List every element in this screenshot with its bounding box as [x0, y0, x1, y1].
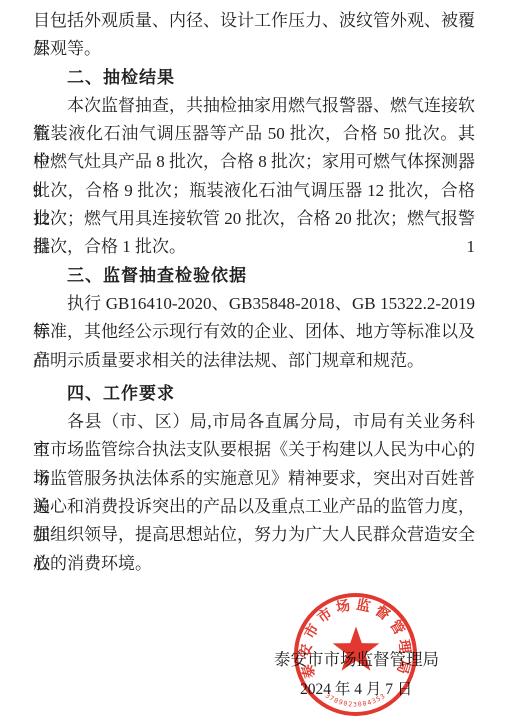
- heading-4: 四、工作要求: [33, 380, 475, 408]
- line-4: 本次监督抽查，共抽检抽家用燃气报警器、燃气连接软管、: [33, 92, 475, 120]
- line-6: 检燃气灶具产品 8 批次，合格 8 批次；家用可燃气体探测器 9: [33, 148, 475, 176]
- line-11: 执行 GB16410-2020、GB35848-2018、GB 15322.2-…: [33, 290, 475, 318]
- signature-date: 2024 年 4 月 7 日: [0, 677, 508, 699]
- line-13: 品明示质量要求相关的法律法规、部门规章和规范。: [33, 347, 475, 375]
- line-19: 强组织领导，提高思想站位，努力为广大人民群众营造安全放: [33, 521, 475, 549]
- heading-2: 二、抽检结果: [33, 64, 475, 92]
- line-7: 批次，合格 9 批次；瓶装液化石油气调压器 12 批次，合格 12: [33, 177, 475, 205]
- document-lines: 目包括外观质量、内径、设计工作压力、波纹管外观、被覆层外观等。二、抽检结果本次监…: [33, 7, 475, 578]
- heading-3: 三、监督抽查检验依据: [33, 262, 475, 290]
- line-8: 批次；燃气用具连接软管 20 批次，合格 20 批次；燃气报警器 1: [33, 205, 475, 233]
- document-page: 目包括外观质量、内径、设计工作压力、波纹管外观、被覆层外观等。二、抽检结果本次监…: [0, 0, 508, 719]
- official-seal: 泰安市市场监督管理局 3709023004353: [292, 591, 419, 718]
- line-15: 各县（市、区）局,市局各直属分局，市局有关业务科室，: [33, 408, 475, 436]
- line-18: 关心和消费投诉突出的产品以及重点工业产品的监管力度，加: [33, 493, 475, 521]
- star-icon: [333, 627, 380, 671]
- line-2: 外观等。: [33, 35, 475, 63]
- seal-number-text: 3709023004353: [324, 692, 388, 709]
- signature-agency: 泰安市市场监督管理局: [0, 646, 508, 670]
- line-17: 场监管服务执法体系的实施意见》精神要求，突出对百姓普遍: [33, 465, 475, 493]
- line-20: 心的消费环境。: [33, 550, 475, 578]
- line-1: 目包括外观质量、内径、设计工作压力、波纹管外观、被覆层: [33, 7, 475, 35]
- line-12: 标准，其他经公示现行有效的企业、团体、地方等标准以及产: [33, 318, 475, 346]
- line-16: 市市场监管综合执法支队要根据《关于构建以人民为中心的市: [33, 436, 475, 464]
- line-5: 瓶装液化石油气调压器等产品 50 批次，合格 50 批次。其中，: [33, 120, 475, 148]
